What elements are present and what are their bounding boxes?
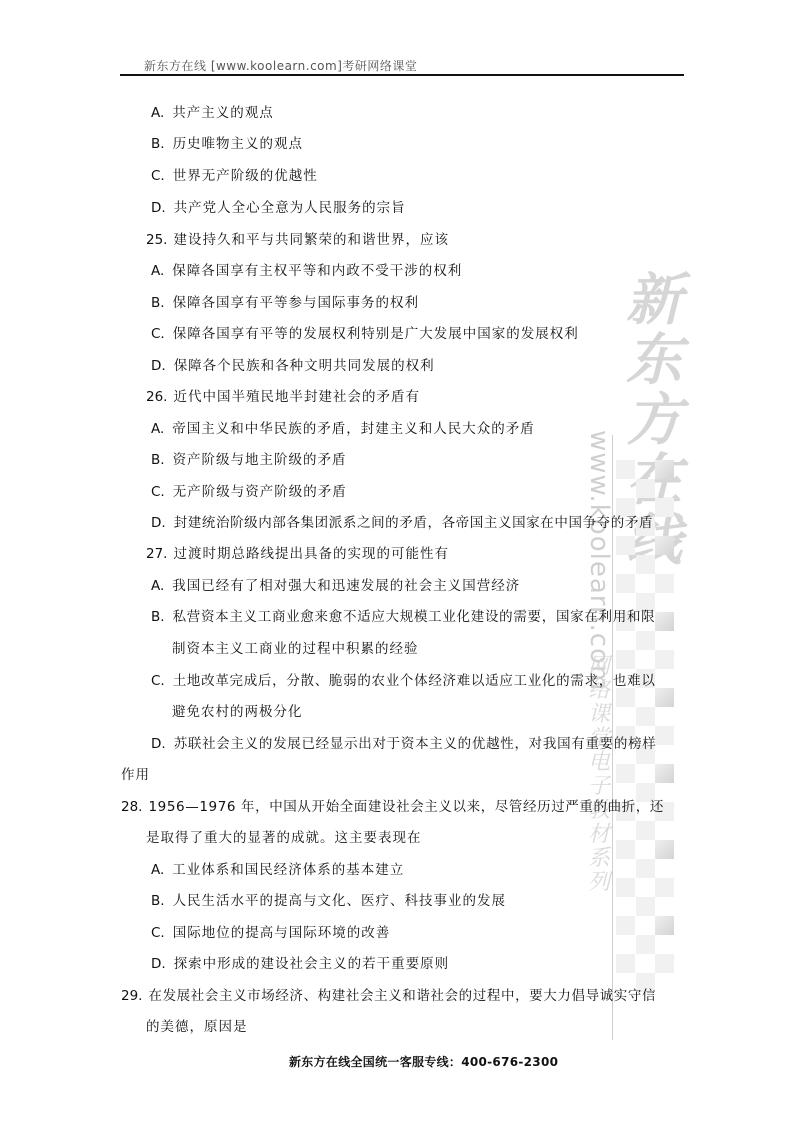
checker-square — [636, 479, 655, 498]
checker-square — [655, 954, 674, 973]
q27-option-c: C.土地改革完成后，分散、脆弱的农业个体经济难以适应工业化的需求，也难以 — [151, 672, 656, 690]
checker-square — [655, 612, 674, 631]
option-text: 工业体系和国民经济体系的基本建立 — [172, 862, 404, 878]
option-label: A. — [151, 577, 164, 595]
question-number: 29. — [121, 987, 142, 1005]
q26-stem: 26.近代中国半殖民地半封建社会的矛盾有 — [146, 388, 420, 406]
option-text: 我国已经有了相对强大和迅速发展的社会主义国营经济 — [172, 578, 520, 594]
option-text: 帝国主义和中华民族的矛盾，封建主义和人民大众的矛盾 — [172, 421, 535, 437]
q26-option-c: C.无产阶级与资产阶级的矛盾 — [151, 483, 347, 501]
q26-option-b: B.资产阶级与地主阶级的矛盾 — [151, 451, 347, 469]
q27-option-a: A.我国已经有了相对强大和迅速发展的社会主义国营经济 — [151, 577, 520, 595]
q29-stem-cont: 的美德，原因是 — [146, 1018, 248, 1036]
option-text: 苏联社会主义的发展已经显示出对于资本主义的优越性，对我国有重要的榜样 — [174, 736, 657, 752]
option-label: C. — [151, 483, 165, 501]
checker-square — [616, 840, 635, 859]
q26-option-d: D.封建统治阶级内部各集团派系之间的矛盾，各帝国主义国家在中国争夺的矛盾 — [151, 514, 653, 532]
q28-stem-cont: 是取得了重大的显著的成就。这主要表现在 — [146, 829, 422, 847]
checker-square — [655, 840, 674, 859]
q24-option-c: C.世界无产阶级的优越性 — [151, 167, 318, 185]
option-label: A. — [151, 262, 164, 280]
option-label: B. — [151, 135, 165, 153]
q28-option-c: C.国际地位的提高与国际环境的改善 — [151, 924, 390, 942]
checker-square — [616, 764, 635, 783]
checker-square — [636, 631, 655, 650]
option-label: D. — [151, 514, 166, 532]
option-label: B. — [151, 294, 165, 312]
option-text: 资产阶级与地主阶级的矛盾 — [173, 452, 347, 468]
option-text: 保障各个民族和各种文明共同发展的权利 — [174, 358, 435, 374]
checker-square — [616, 574, 635, 593]
option-text: 人民生活水平的提高与文化、医疗、科技事业的发展 — [173, 893, 507, 909]
option-text: 封建统治阶级内部各集团派系之间的矛盾，各帝国主义国家在中国争夺的矛盾 — [174, 515, 653, 531]
q28-option-d: D.探索中形成的建设社会主义的若干重要原则 — [151, 955, 449, 973]
option-text: 世界无产阶级的优越性 — [173, 168, 318, 184]
option-label: B. — [151, 451, 165, 469]
q28-option-a: A.工业体系和国民经济体系的基本建立 — [151, 861, 404, 879]
checker-square — [616, 916, 635, 935]
q24-option-d: D.共产党人全心全意为人民服务的宗旨 — [151, 199, 406, 217]
checker-square — [636, 897, 655, 916]
q25-option-d: D.保障各个民族和各种文明共同发展的权利 — [151, 357, 435, 375]
option-text: 共产主义的观点 — [172, 105, 274, 121]
checker-square — [616, 954, 635, 973]
option-text: 保障各国享有平等参与国际事务的权利 — [173, 295, 420, 311]
q24-option-b: B.历史唯物主义的观点 — [151, 135, 303, 153]
checker-square — [616, 536, 635, 555]
option-label: C. — [151, 167, 165, 185]
question-number: 28. — [121, 798, 142, 816]
q27-option-b-cont: 制资本主义工商业的过程中积累的经验 — [172, 640, 419, 658]
checker-square — [616, 460, 635, 479]
page-header: 新东方在线 [www.koolearn.com]考研网络课堂 — [144, 57, 417, 74]
q27-option-c-cont: 避免农村的两极分化 — [172, 703, 303, 721]
page-footer: 新东方在线全国统一客服专线：400-676-2300 — [289, 1053, 558, 1070]
q27-option-d-cont: 作用 — [121, 766, 150, 784]
q29-stem: 29.在发展社会主义市场经济、构建社会主义和谐社会的过程中，要大力倡导诚实守信 — [121, 987, 656, 1005]
question-number: 26. — [146, 388, 167, 406]
watermark-subtitle: 网络课堂电子教材系列 — [584, 655, 614, 895]
checker-square — [636, 821, 655, 840]
q25-option-b: B.保障各国享有平等参与国际事务的权利 — [151, 294, 419, 312]
q24-option-a: A.共产主义的观点 — [151, 104, 274, 122]
checker-square — [655, 726, 674, 745]
checker-square — [655, 688, 674, 707]
option-text: 保障各国享有主权平等和内政不受干涉的权利 — [172, 263, 462, 279]
option-text: 历史唯物主义的观点 — [173, 136, 304, 152]
option-label: C. — [151, 924, 165, 942]
q27-option-d: D.苏联社会主义的发展已经显示出对于资本主义的优越性，对我国有重要的榜样 — [151, 735, 657, 753]
question-text: 建设持久和平与共同繁荣的和谐世界，应该 — [173, 232, 449, 248]
option-label: B. — [151, 608, 165, 626]
q25-stem: 25.建设持久和平与共同繁荣的和谐世界，应该 — [146, 231, 449, 249]
q27-option-b: B.私营资本主义工商业愈来愈不适应大规模工业化建设的需要，国家在利用和限 — [151, 608, 655, 626]
option-text: 国际地位的提高与国际环境的改善 — [173, 925, 391, 941]
q27-stem: 27.过渡时期总路线提出具备的实现的可能性有 — [146, 545, 449, 563]
checker-square — [636, 859, 655, 878]
checker-square — [655, 650, 674, 669]
checker-square — [636, 935, 655, 954]
question-number: 27. — [146, 545, 167, 563]
checker-square — [655, 878, 674, 897]
header-divider — [120, 74, 684, 76]
q26-option-a: A.帝国主义和中华民族的矛盾，封建主义和人民大众的矛盾 — [151, 420, 535, 438]
checker-square — [616, 878, 635, 897]
option-label: A. — [151, 861, 164, 879]
question-text: 1956—1976 年，中国从开始全面建设社会主义以来，尽管经历过严重的曲折，还 — [148, 799, 664, 815]
option-label: A. — [151, 420, 164, 438]
question-text: 在发展社会主义市场经济、构建社会主义和谐社会的过程中，要大力倡导诚实守信 — [148, 988, 656, 1004]
checker-square — [616, 650, 635, 669]
option-label: D. — [151, 955, 166, 973]
q25-option-c: C.保障各国享有平等的发展权利特别是广大发展中国家的发展权利 — [151, 325, 579, 343]
option-text: 土地改革完成后，分散、脆弱的农业个体经济难以适应工业化的需求，也难以 — [173, 673, 656, 689]
watermark-url: www.koolearn.com — [584, 430, 614, 691]
checker-square — [636, 707, 655, 726]
option-text: 私营资本主义工商业愈来愈不适应大规模工业化建设的需要，国家在利用和限 — [173, 609, 656, 625]
option-text: 保障各国享有平等的发展权利特别是广大发展中国家的发展权利 — [173, 326, 579, 342]
q28-option-b: B.人民生活水平的提高与文化、医疗、科技事业的发展 — [151, 892, 506, 910]
question-text: 过渡时期总路线提出具备的实现的可能性有 — [173, 546, 449, 562]
option-label: B. — [151, 892, 165, 910]
checker-square — [655, 498, 674, 517]
q28-stem: 28.1956—1976 年，中国从开始全面建设社会主义以来，尽管经历过严重的曲… — [121, 798, 664, 816]
checker-square — [655, 574, 674, 593]
option-text: 探索中形成的建设社会主义的若干重要原则 — [174, 956, 450, 972]
option-text: 共产党人全心全意为人民服务的宗旨 — [174, 200, 406, 216]
option-label: D. — [151, 199, 166, 217]
checker-square — [655, 764, 674, 783]
question-number: 25. — [146, 231, 167, 249]
checker-square — [655, 536, 674, 555]
option-label: C. — [151, 672, 165, 690]
question-text: 近代中国半殖民地半封建社会的矛盾有 — [173, 389, 420, 405]
option-text: 无产阶级与资产阶级的矛盾 — [173, 484, 347, 500]
option-label: A. — [151, 104, 164, 122]
option-label: C. — [151, 325, 165, 343]
checker-square — [655, 916, 674, 935]
checker-square — [636, 555, 655, 574]
option-label: D. — [151, 357, 166, 375]
checker-square — [655, 460, 674, 479]
checker-square — [616, 688, 635, 707]
option-label: D. — [151, 735, 166, 753]
q25-option-a: A.保障各国享有主权平等和内政不受干涉的权利 — [151, 262, 462, 280]
